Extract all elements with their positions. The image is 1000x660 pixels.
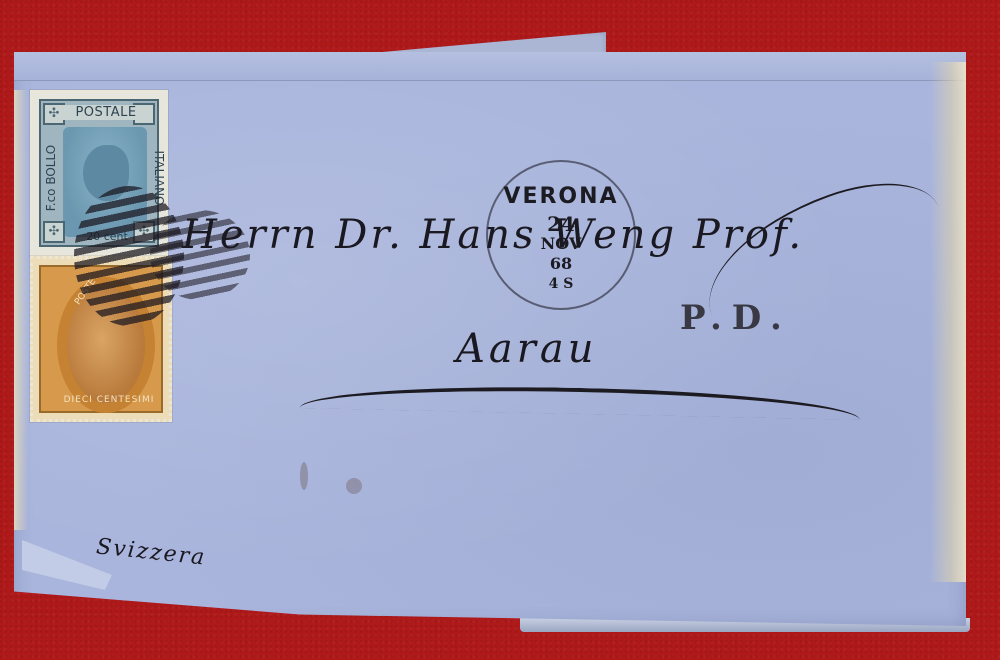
corner-ornament-icon: ✣ [43, 221, 65, 243]
postmark-town: VERONA [488, 184, 634, 209]
manuscript-addressee: Herrn Dr. Hans Weng Prof. [182, 212, 804, 258]
paper-stain [346, 478, 362, 494]
postmark-time: 4 S [488, 276, 634, 292]
cover-aged-left-edge [14, 90, 28, 530]
stamp-top-label: POSTALE [63, 105, 149, 120]
stamp-left-label: F.co BOLLO [44, 138, 58, 218]
cover-top-fold-band [14, 52, 966, 81]
stamp-value-label: DIECI CENTESIMI [61, 395, 157, 405]
paper-stain [300, 462, 308, 490]
manuscript-destination-town: Aarau [456, 326, 597, 372]
corner-ornament-icon: ✣ [43, 103, 65, 125]
cover-aged-right-edge [930, 62, 966, 582]
